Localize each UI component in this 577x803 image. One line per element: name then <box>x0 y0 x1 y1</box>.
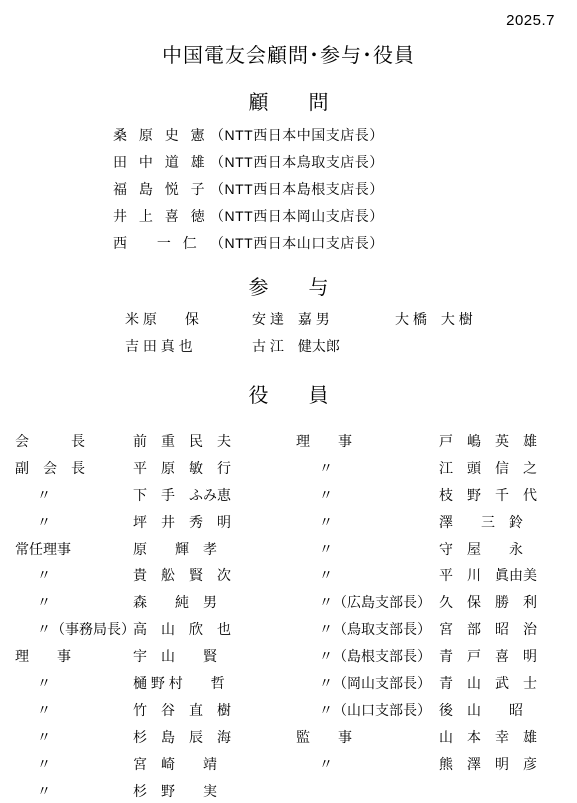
officer-position-right: 理 事 <box>296 428 439 455</box>
officer-position-left: 〃 <box>15 697 133 724</box>
officer-position-right: 〃（鳥取支部長） <box>296 616 439 643</box>
officer-position-left: 〃 <box>15 482 133 509</box>
advisor-affiliation: （NTT西日本中国支店長） <box>210 127 384 143</box>
officer-name-right: 枝 野 千 代 <box>439 482 577 509</box>
officer-position-right <box>296 778 439 803</box>
officer-name-right: 戸 嶋 英 雄 <box>439 428 577 455</box>
sanyo-name: 安 達 嘉 男 <box>252 306 395 333</box>
officer-position-right: 〃 <box>296 509 439 536</box>
officer-row: 〃樋 野 村 哲〃（岡山支部長）青 山 武 士 <box>15 670 577 697</box>
advisor-name: 井 上 喜 徳 <box>113 203 210 230</box>
advisor-name: 田 中 道 雄 <box>113 149 210 176</box>
officer-row: 〃貴 舩 賢 次〃平 川 眞由美 <box>15 562 577 589</box>
officer-position-left: 〃 <box>15 751 133 778</box>
officer-row: 会 長前 重 民 夫理 事戸 嶋 英 雄 <box>15 428 577 455</box>
officer-name-left: 下 手 ふみ恵 <box>133 482 296 509</box>
officer-position-right: 〃 <box>296 455 439 482</box>
officer-name-left: 平 原 敏 行 <box>133 455 296 482</box>
officer-name-right: 守 屋 永 <box>439 536 577 563</box>
officer-position-left: 〃 <box>15 724 133 751</box>
officer-position-right: 〃（岡山支部長） <box>296 670 439 697</box>
officer-position-left: 〃 <box>15 778 133 803</box>
officer-position-right: 〃（山口支部長） <box>296 697 439 724</box>
sanyo-row: 吉 田 真 也古 江 健太郎 <box>125 333 473 360</box>
section-heading-yakuin: 役 員 <box>0 379 577 408</box>
document-page: 2025.7 中国電友会顧問･参与･役員 顧 問 桑 原 史 憲（NTT西日本中… <box>0 0 577 803</box>
advisor-row: 桑 原 史 憲（NTT西日本中国支店長） <box>113 122 384 149</box>
officer-position-left: 〃（事務局長） <box>15 616 133 643</box>
officer-name-left: 宇 山 賢 <box>133 643 296 670</box>
officer-row: 〃森 純 男〃（広島支部長）久 保 勝 利 <box>15 589 577 616</box>
sanyo-name: 米 原 保 <box>125 306 252 333</box>
officer-name-right: 宮 部 昭 治 <box>439 616 577 643</box>
advisor-affiliation: （NTT西日本山口支店長） <box>210 235 384 251</box>
advisor-name: 桑 原 史 憲 <box>113 122 210 149</box>
officer-position-left: 副 会 長 <box>15 455 133 482</box>
officer-name-right: 青 戸 喜 明 <box>439 643 577 670</box>
officer-position-left: 常任理事 <box>15 536 133 563</box>
advisor-row: 井 上 喜 徳（NTT西日本岡山支店長） <box>113 203 384 230</box>
officer-position-left: 〃 <box>15 509 133 536</box>
officer-name-right: 久 保 勝 利 <box>439 589 577 616</box>
officer-name-left: 樋 野 村 哲 <box>133 670 296 697</box>
officer-row: 〃下 手 ふみ恵〃枝 野 千 代 <box>15 482 577 509</box>
officer-name-right: 青 山 武 士 <box>439 670 577 697</box>
sanyo-list: 米 原 保安 達 嘉 男大 橋 大 樹吉 田 真 也古 江 健太郎 <box>125 306 473 360</box>
officer-position-right: 〃 <box>296 482 439 509</box>
sanyo-row: 米 原 保安 達 嘉 男大 橋 大 樹 <box>125 306 473 333</box>
officer-name-left: 杉 野 実 <box>133 778 296 803</box>
officer-name-right: 熊 澤 明 彦 <box>439 751 577 778</box>
officer-row: 常任理事原 輝 孝〃守 屋 永 <box>15 536 577 563</box>
officer-name-left: 貴 舩 賢 次 <box>133 562 296 589</box>
officer-name-left: 宮 崎 靖 <box>133 751 296 778</box>
officer-name-left: 竹 谷 直 樹 <box>133 697 296 724</box>
officer-row: 〃坪 井 秀 明〃澤 三 鈴 <box>15 509 577 536</box>
officer-position-left: 〃 <box>15 589 133 616</box>
officer-position-left: 〃 <box>15 670 133 697</box>
page-title: 中国電友会顧問･参与･役員 <box>0 39 577 68</box>
officer-name-right: 山 本 幸 雄 <box>439 724 577 751</box>
officer-row: 〃杉 野 実 <box>15 778 577 803</box>
advisor-list: 桑 原 史 憲（NTT西日本中国支店長）田 中 道 雄（NTT西日本鳥取支店長）… <box>113 122 384 257</box>
sanyo-name: 古 江 健太郎 <box>252 333 395 360</box>
officer-name-right: 平 川 眞由美 <box>439 562 577 589</box>
advisor-row: 田 中 道 雄（NTT西日本鳥取支店長） <box>113 149 384 176</box>
officer-name-left: 森 純 男 <box>133 589 296 616</box>
section-heading-sanyo: 参 与 <box>0 271 577 300</box>
officer-position-right: 〃 <box>296 562 439 589</box>
officer-name-right: 江 頭 信 之 <box>439 455 577 482</box>
officer-table: 会 長前 重 民 夫理 事戸 嶋 英 雄副 会 長平 原 敏 行〃江 頭 信 之… <box>15 428 577 803</box>
section-heading-komon: 顧 問 <box>0 86 577 115</box>
advisor-row: 福 島 悦 子（NTT西日本島根支店長） <box>113 176 384 203</box>
officer-position-right: 〃（島根支部長） <box>296 643 439 670</box>
officer-name-left: 坪 井 秀 明 <box>133 509 296 536</box>
officer-row: 〃杉 島 辰 海監 事山 本 幸 雄 <box>15 724 577 751</box>
advisor-affiliation: （NTT西日本鳥取支店長） <box>210 154 384 170</box>
officer-row: 〃竹 谷 直 樹〃（山口支部長）後 山 昭 <box>15 697 577 724</box>
sanyo-name: 吉 田 真 也 <box>125 333 252 360</box>
advisor-affiliation: （NTT西日本島根支店長） <box>210 181 384 197</box>
officer-name-left: 前 重 民 夫 <box>133 428 296 455</box>
officer-position-left: 理 事 <box>15 643 133 670</box>
sanyo-name: 大 橋 大 樹 <box>395 306 473 333</box>
officer-row: 〃宮 崎 靖〃熊 澤 明 彦 <box>15 751 577 778</box>
advisor-name: 福 島 悦 子 <box>113 176 210 203</box>
officer-row: 理 事宇 山 賢〃（島根支部長）青 戸 喜 明 <box>15 643 577 670</box>
officer-name-left: 原 輝 孝 <box>133 536 296 563</box>
date-label: 2025.7 <box>506 12 555 29</box>
advisor-affiliation: （NTT西日本岡山支店長） <box>210 208 384 224</box>
officer-position-left: 〃 <box>15 562 133 589</box>
officer-name-right: 後 山 昭 <box>439 697 577 724</box>
officer-position-right: 監 事 <box>296 724 439 751</box>
officer-row: 副 会 長平 原 敏 行〃江 頭 信 之 <box>15 455 577 482</box>
officer-name-right: 澤 三 鈴 <box>439 509 577 536</box>
officer-name-left: 杉 島 辰 海 <box>133 724 296 751</box>
officer-name-left: 高 山 欣 也 <box>133 616 296 643</box>
officer-position-right: 〃（広島支部長） <box>296 589 439 616</box>
officer-row: 〃（事務局長）高 山 欣 也〃（鳥取支部長）宮 部 昭 治 <box>15 616 577 643</box>
advisor-name: 西 一 仁 <box>113 230 210 257</box>
officer-position-left: 会 長 <box>15 428 133 455</box>
officer-name-right <box>439 778 577 803</box>
officer-position-right: 〃 <box>296 536 439 563</box>
officer-position-right: 〃 <box>296 751 439 778</box>
advisor-row: 西 一 仁（NTT西日本山口支店長） <box>113 230 384 257</box>
sanyo-name <box>395 333 473 360</box>
